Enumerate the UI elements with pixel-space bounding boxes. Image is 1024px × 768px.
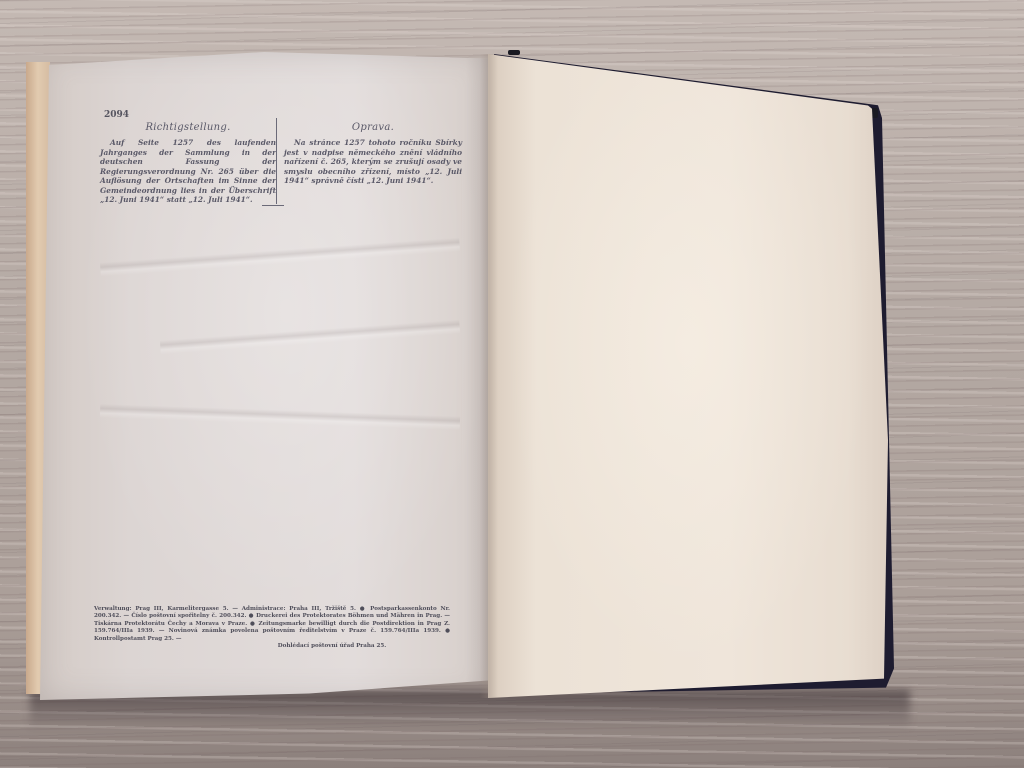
right-page-blank [488, 54, 888, 698]
imprint-last-line: Dohlédací poštovní úřad Praha 25. [214, 643, 450, 650]
book-gutter [480, 54, 498, 698]
cover-spine-wear [508, 50, 520, 55]
czech-heading: Oprava. [284, 122, 462, 133]
column-divider [276, 118, 277, 204]
german-heading: Richtigstellung. [100, 122, 276, 133]
page-number: 2094 [104, 110, 129, 120]
german-body: Auf Seite 1257 des laufenden Jahrganges … [100, 138, 276, 205]
czech-body: Na stránce 1257 tohoto ročníku Sbírky je… [284, 138, 462, 186]
german-correction-column: Richtigstellung. Auf Seite 1257 des lauf… [100, 122, 276, 205]
czech-correction-column: Oprava. Na stránce 1257 tohoto ročníku S… [284, 122, 462, 186]
column-end-rule [262, 205, 284, 206]
publisher-imprint: Verwaltung: Prag III, Karmelitergasse 5.… [94, 606, 450, 650]
